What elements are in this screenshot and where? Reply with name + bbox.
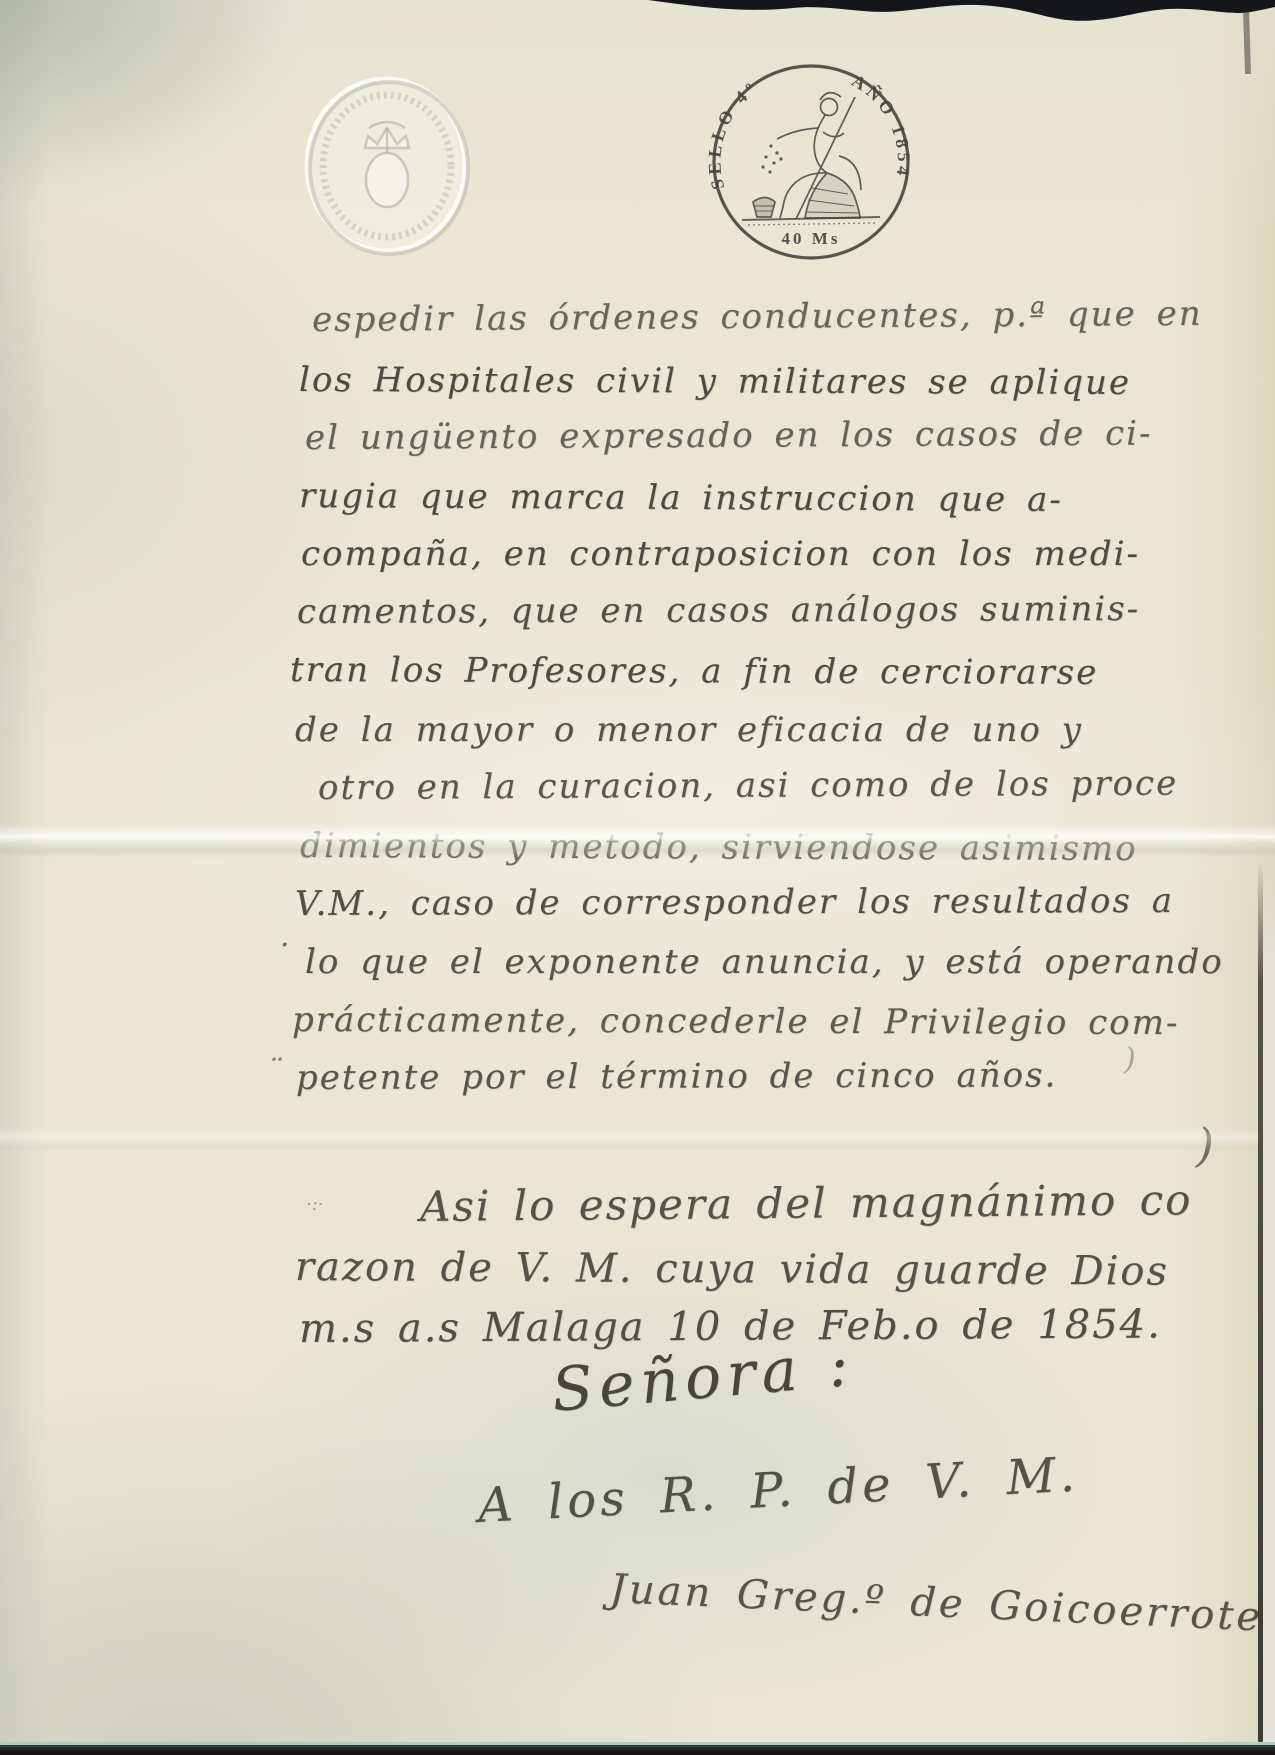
ink-mark: ) [1124, 1042, 1136, 1077]
ink-mark: · [280, 928, 290, 963]
ink-marks: ·¨·:·)) [0, 0, 1275, 1755]
bottom-paper-edge-shadow [0, 1739, 1275, 1755]
ink-mark: ) [1196, 1118, 1214, 1172]
bottom-dark-band [0, 1745, 1275, 1755]
ink-mark: ·:· [306, 1194, 324, 1215]
scanned-document-page: SELLO 4º AÑO 1854 40 Ms [0, 0, 1275, 1755]
top-paper-edge-shadow [0, 0, 1275, 80]
right-paper-edge-shadow [1258, 860, 1263, 1743]
ink-mark: ¨ [266, 1052, 282, 1090]
adjacent-page-strip [1263, 880, 1275, 1743]
